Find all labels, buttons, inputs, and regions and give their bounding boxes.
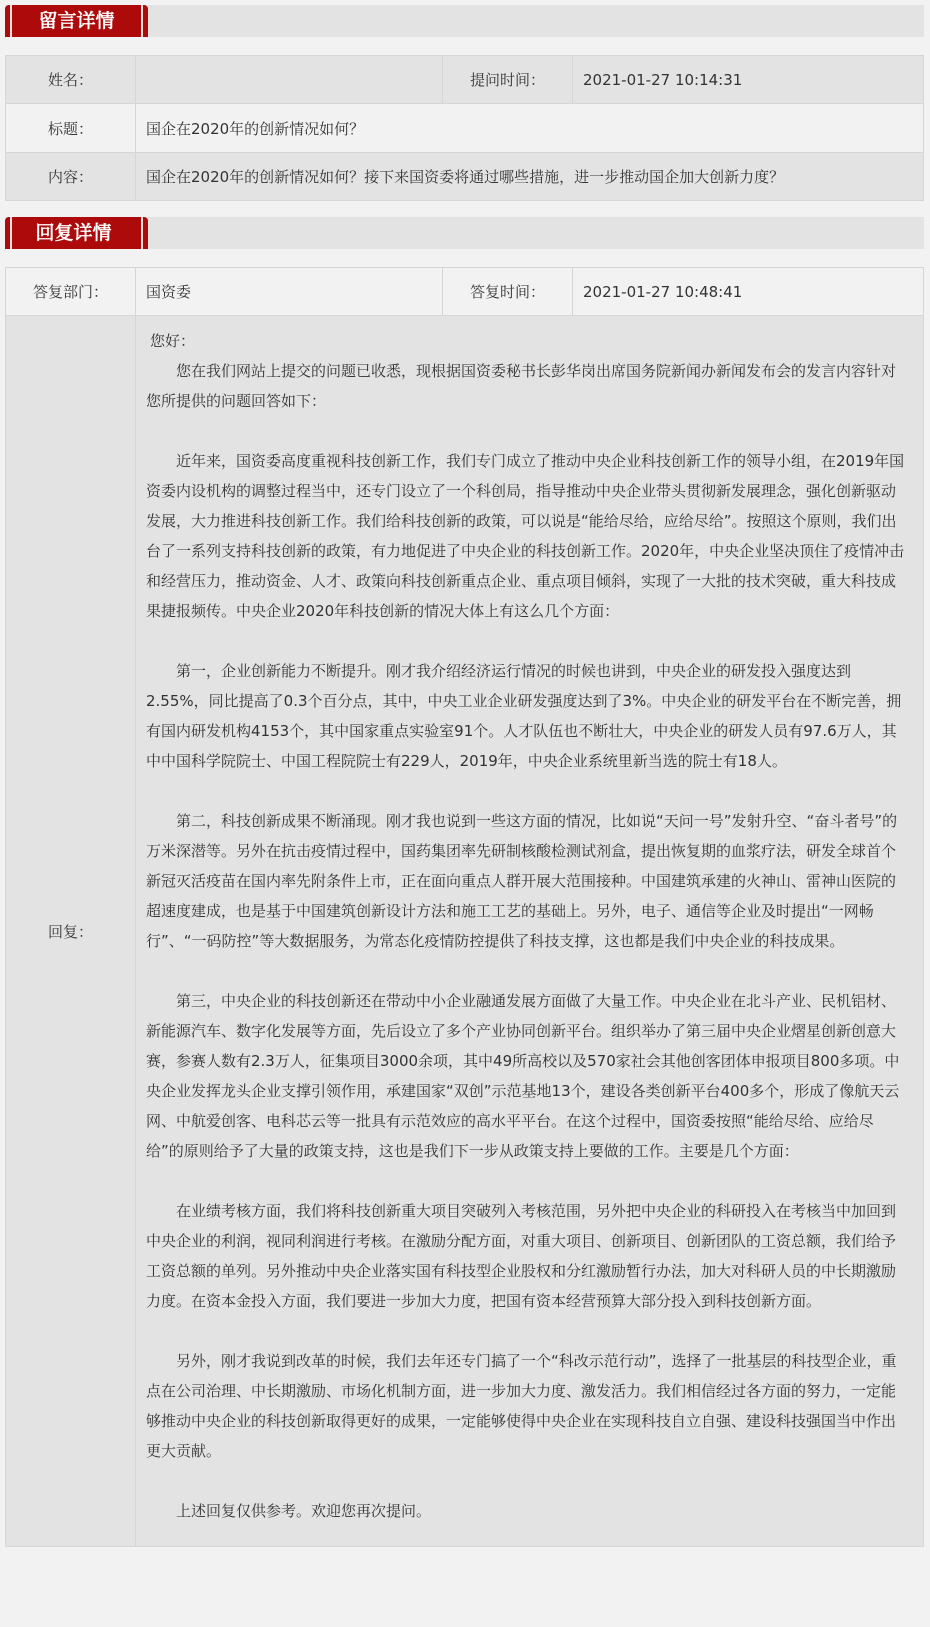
reply-label: 回复：: [6, 316, 136, 1547]
message-section-tab: 留言详情: [5, 5, 148, 37]
reply-paragraph: 第二，科技创新成果不断涌现。刚才我也说到一些这方面的情况，比如说“天问一号”发射…: [146, 806, 905, 956]
subject-row: 标题： 国企在2020年的创新情况如何？: [6, 104, 924, 153]
reply-paragraph: 第三，中央企业的科技创新还在带动中小企业融通发展方面做了大量工作。中央企业在北斗…: [146, 986, 905, 1166]
reply-time-value: 2021-01-27 10:48:41: [573, 268, 924, 316]
reply-paragraph: 另外，刚才我说到改革的时候，我们去年还专门搞了一个“科改示范行动”，选择了一批基…: [146, 1346, 905, 1466]
reply-section-title: 回复详情: [0, 217, 148, 249]
reply-paragraph: 近年来，国资委高度重视科技创新工作，我们专门成立了推动中央企业科技创新工作的领导…: [146, 446, 905, 626]
dept-label: 答复部门：: [6, 268, 136, 316]
reply-closing: 上述回复仅供参考。欢迎您再次提问。: [146, 1496, 905, 1526]
reply-paragraph: 您在我们网站上提交的问题已收悉，现根据国资委秘书长彭华岗出席国务院新闻办新闻发布…: [146, 356, 905, 416]
paragraph-spacer: [146, 416, 905, 446]
content-label: 内容：: [6, 153, 136, 201]
content-row: 内容： 国企在2020年的创新情况如何？接下来国资委将通过哪些措施，进一步推动国…: [6, 153, 924, 201]
paragraph-spacer: [146, 776, 905, 806]
paragraph-spacer: [146, 1466, 905, 1496]
subject-label: 标题：: [6, 104, 136, 153]
name-label: 姓名：: [6, 56, 136, 104]
reply-section-header: 回复详情: [5, 217, 924, 249]
reply-content: 您好： 您在我们网站上提交的问题已收悉，现根据国资委秘书长彭华岗出席国务院新闻办…: [136, 316, 924, 1547]
message-section-title: 留言详情: [5, 5, 148, 37]
dept-row: 答复部门： 国资委 答复时间： 2021-01-27 10:48:41: [6, 268, 924, 316]
name-value: [136, 56, 443, 104]
dept-value: 国资委: [136, 268, 443, 316]
reply-info-table: 答复部门： 国资委 答复时间： 2021-01-27 10:48:41 回复： …: [5, 267, 924, 1547]
content-value: 国企在2020年的创新情况如何？接下来国资委将通过哪些措施，进一步推动国企加大创…: [136, 153, 924, 201]
paragraph-spacer: [146, 1166, 905, 1196]
subject-value: 国企在2020年的创新情况如何？: [136, 104, 924, 153]
reply-paragraph: 在业绩考核方面，我们将科技创新重大项目突破列入考核范围，另外把中央企业的科研投入…: [146, 1196, 905, 1316]
reply-greeting: 您好：: [146, 326, 905, 356]
paragraph-spacer: [146, 956, 905, 986]
name-row: 姓名： 提问时间： 2021-01-27 10:14:31: [6, 56, 924, 104]
reply-row: 回复： 您好： 您在我们网站上提交的问题已收悉，现根据国资委秘书长彭华岗出席国务…: [6, 316, 924, 1547]
paragraph-spacer: [146, 626, 905, 656]
message-info-table: 姓名： 提问时间： 2021-01-27 10:14:31 标题： 国企在202…: [5, 55, 924, 201]
reply-paragraph: 第一，企业创新能力不断提升。刚才我介绍经济运行情况的时候也讲到，中央企业的研发投…: [146, 656, 905, 776]
message-section-header: 留言详情: [5, 5, 924, 37]
reply-section-tab: 回复详情: [5, 217, 148, 249]
ask-time-label: 提问时间：: [443, 56, 573, 104]
ask-time-value: 2021-01-27 10:14:31: [573, 56, 924, 104]
paragraph-spacer: [146, 1316, 905, 1346]
reply-time-label: 答复时间：: [443, 268, 573, 316]
